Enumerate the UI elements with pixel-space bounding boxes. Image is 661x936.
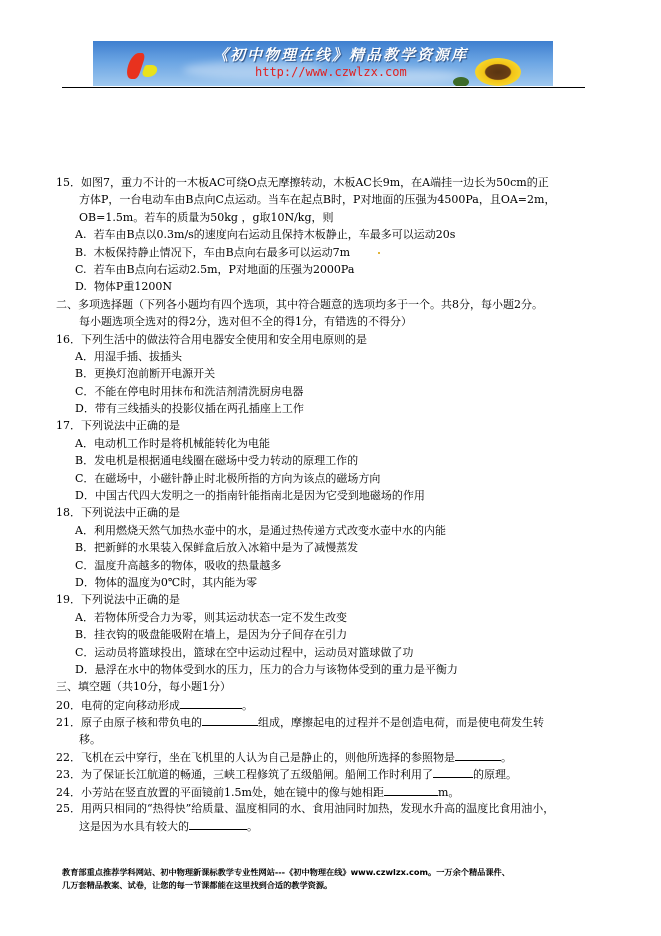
question-19: 19．下列说法中正确的是 A．若物体所受合力为零，则其运动状态一定不发生改变 B… xyxy=(63,591,623,678)
question-stem: 用两只相同的“热得快”给质量、温度相同的水、食用油同时加热，发现水升高的温度比食… xyxy=(81,802,554,815)
question-stem: 电荷的定向移动形成 xyxy=(81,699,180,712)
question-15: 15．如图7，重力不计的一木板AC可绕O点无摩擦转动，木板AC长9m，在A端挂一… xyxy=(63,174,623,296)
question-stem: 小芳站在竖直放置的平面镜前1.5m处，她在镜中的像与她相距 xyxy=(81,786,384,799)
question-stem-cont: 移。 xyxy=(79,733,101,746)
question-number: 21． xyxy=(56,716,81,729)
header-banner: 《初中物理在线》精品教学资源库 http://www.czwlzx.com xyxy=(93,41,553,86)
option-letter: D． xyxy=(75,489,95,502)
option-text: 不能在停电时用抹布和洗洁剂清洗厨房电器 xyxy=(94,385,303,398)
option-text: 把新鲜的水果装入保鲜盒后放入冰箱中是为了减慢蒸发 xyxy=(94,541,358,554)
option-letter: A. xyxy=(75,228,86,241)
option-a: A．用湿手插、拔插头 xyxy=(63,348,623,365)
answer-blank[interactable] xyxy=(433,765,473,778)
question-18: 18．下列说法中正确的是 A．利用燃烧天然气加热水壶中的水，是通过热传递方式改变… xyxy=(63,504,623,591)
option-text: 若车由B点向右运动2.5m，P对地面的压强为2000Pa xyxy=(94,263,355,276)
option-text: 带有三线插头的投影仪插在两孔插座上工作 xyxy=(95,402,304,415)
question-stem-end: 。 xyxy=(242,699,253,712)
question-number: 25． xyxy=(56,802,81,815)
section-3-header: 三、填空题（共10分，每小题1分） xyxy=(56,678,623,695)
section-title-cont: 每小题选项全选对的得2分，选对但不全的得1分，有错选的不得分） xyxy=(63,313,623,330)
question-stem: 为了保证长江航道的畅通，三峡工程修筑了五级船闸。船闸工作时利用了 xyxy=(81,768,433,781)
option-letter: B． xyxy=(75,454,94,467)
option-text: 悬浮在水中的物体受到水的压力，压力的合力与该物体受到的重力是平衡力 xyxy=(95,663,458,676)
option-text: 电动机工作时是将机械能转化为电能 xyxy=(94,437,270,450)
section-title: 二、多项选择题（下列各小题均有四个选项，其中符合题意的选项均多于一个。共8分，每… xyxy=(56,296,623,313)
question-stem-end: 。 xyxy=(247,820,258,833)
question-stem-cont: OB=1.5m。若车的质量为50kg ，g取10N/kg，则 xyxy=(79,211,334,224)
header-divider xyxy=(62,87,585,88)
option-letter: B． xyxy=(75,367,94,380)
question-number: 20． xyxy=(56,699,81,712)
question-stem: 下列说法中正确的是 xyxy=(81,419,180,432)
option-b: B．挂衣钩的吸盘能吸附在墙上，是因为分子间存在引力 xyxy=(63,626,623,643)
option-text: 中国古代四大发明之一的指南针能指南北是因为它受到地磁场的作用 xyxy=(95,489,425,502)
option-letter: D. xyxy=(75,280,87,293)
option-d: D．悬浮在水中的物体受到水的压力，压力的合力与该物体受到的重力是平衡力 xyxy=(63,661,623,678)
option-letter: C. xyxy=(75,263,87,276)
option-letter: A． xyxy=(75,524,94,537)
question-number: 19． xyxy=(56,593,81,606)
option-letter: A． xyxy=(75,350,94,363)
answer-blank[interactable] xyxy=(202,713,258,726)
footer-line-1: 教育部重点推荐学科网站、初中物理新课标教学专业性网站---《初中物理在线》www… xyxy=(62,866,622,879)
option-d: D. 物体P重1200N xyxy=(63,278,623,295)
option-d: D．中国古代四大发明之一的指南针能指南北是因为它受到地磁场的作用 xyxy=(63,487,623,504)
option-letter: A． xyxy=(75,437,94,450)
question-stem-end: 组成，摩擦起电的过程并不是创造电荷，而是使电荷发生转 xyxy=(258,716,544,729)
option-letter: C． xyxy=(75,559,94,572)
question-number: 18． xyxy=(56,506,81,519)
option-letter: D． xyxy=(75,402,95,415)
question-stem: 原子由原子核和带负电的 xyxy=(81,716,202,729)
option-letter: B． xyxy=(75,628,94,641)
option-c: C．在磁场中，小磁针静止时北极所指的方向为该点的磁场方向 xyxy=(63,470,623,487)
option-letter: C． xyxy=(75,646,94,659)
option-text: 若车由B点以0.3m/s的速度向右运动且保持木板静止，车最多可以运动20s xyxy=(93,228,455,241)
question-stem: 下列生活中的做法符合用电器安全使用和安全用电原则的是 xyxy=(81,333,367,346)
option-b: B．发电机是根据通电线圈在磁场中受力转动的原理工作的 xyxy=(63,452,623,469)
question-22: 22．飞机在云中穿行，坐在飞机里的人认为自己是静止的，则他所选择的参照物是。 xyxy=(56,748,623,765)
option-text: 用湿手插、拔插头 xyxy=(94,350,182,363)
option-text: 运动员将篮球投出，篮球在空中运动过程中，运动员对篮球做了功 xyxy=(94,646,413,659)
question-stem: 下列说法中正确的是 xyxy=(81,506,180,519)
option-b: B. 木板保持静止情况下，车由B点向右最多可以运动7m xyxy=(63,244,623,261)
question-16: 16．下列生活中的做法符合用电器安全使用和安全用电原则的是 A．用湿手插、拔插头… xyxy=(63,331,623,418)
question-number: 22． xyxy=(56,751,81,764)
question-number: 24． xyxy=(56,786,81,799)
question-24: 24．小芳站在竖直放置的平面镜前1.5m处，她在镜中的像与她相距m。 xyxy=(56,783,623,800)
question-stem-end: m。 xyxy=(438,786,459,799)
option-d: D．物体的温度为0℃时，其内能为零 xyxy=(63,574,623,591)
option-c: C. 若车由B点向右运动2.5m，P对地面的压强为2000Pa xyxy=(63,261,623,278)
answer-blank[interactable] xyxy=(180,696,242,709)
section-2-header: 二、多项选择题（下列各小题均有四个选项，其中符合题意的选项均多于一个。共8分，每… xyxy=(63,296,623,331)
question-23: 23．为了保证长江航道的畅通，三峡工程修筑了五级船闸。船闸工作时利用了的原理。 xyxy=(56,765,623,782)
question-stem-end: 。 xyxy=(501,751,512,764)
option-text: 更换灯泡前断开电源开关 xyxy=(94,367,215,380)
question-number: 17． xyxy=(56,419,81,432)
question-25: 25．用两只相同的“热得快”给质量、温度相同的水、食用油同时加热，发现水升高的温… xyxy=(63,800,623,835)
option-letter: A． xyxy=(75,611,94,624)
option-b: B．更换灯泡前断开电源开关 xyxy=(63,365,623,382)
question-stem: 飞机在云中穿行，坐在飞机里的人认为自己是静止的，则他所选择的参照物是 xyxy=(81,751,455,764)
option-text: 在磁场中，小磁针静止时北极所指的方向为该点的磁场方向 xyxy=(94,472,380,485)
option-letter: B. xyxy=(75,246,87,259)
option-text: 木板保持静止情况下，车由B点向右最多可以运动7m xyxy=(94,246,351,259)
answer-blank[interactable] xyxy=(189,817,247,830)
question-number: 15． xyxy=(56,174,81,191)
answer-blank[interactable] xyxy=(455,748,501,761)
banner-title: 《初中物理在线》精品教学资源库 xyxy=(213,44,468,65)
sunflower-icon xyxy=(475,58,521,86)
question-stem: 如图7，重力不计的一木板AC可绕O点无摩擦转动，木板AC长9m，在A端挂一边长为… xyxy=(81,176,549,189)
question-17: 17．下列说法中正确的是 A．电动机工作时是将机械能转化为电能 B．发电机是根据… xyxy=(63,417,623,504)
option-letter: B． xyxy=(75,541,94,554)
question-21: 21．原子由原子核和带负电的组成，摩擦起电的过程并不是创造电荷，而是使电荷发生转… xyxy=(63,713,623,748)
option-text: 利用燃烧天然气加热水壶中的水，是通过热传递方式改变水壶中水的内能 xyxy=(94,524,446,537)
question-stem-cont: 方体P，一台电动车由B点向C点运动。当车在起点B时，P对地面的压强为4500Pa… xyxy=(79,193,555,206)
option-c: C．温度升高越多的物体，吸收的热量越多 xyxy=(63,557,623,574)
option-letter: C． xyxy=(75,472,94,485)
leaf-decoration xyxy=(453,77,469,86)
answer-blank[interactable] xyxy=(384,783,438,796)
footer-line-2: 几万套精品教案、试卷，让您的每一节课都能在这里找到合适的教学资源。 xyxy=(62,879,622,892)
question-number: 23． xyxy=(56,768,81,781)
option-letter: C． xyxy=(75,385,94,398)
option-c: C．不能在停电时用抹布和洗洁剂清洗厨房电器 xyxy=(63,383,623,400)
option-a: A．若物体所受合力为零，则其运动状态一定不发生改变 xyxy=(63,609,623,626)
option-text: 挂衣钩的吸盘能吸附在墙上，是因为分子间存在引力 xyxy=(94,628,347,641)
option-text: 温度升高越多的物体，吸收的热量越多 xyxy=(94,559,281,572)
question-number: 16． xyxy=(56,333,81,346)
option-text: 若物体所受合力为零，则其运动状态一定不发生改变 xyxy=(94,611,347,624)
option-a: A．利用燃烧天然气加热水壶中的水，是通过热传递方式改变水壶中水的内能 xyxy=(63,522,623,539)
option-text: 物体P重1200N xyxy=(94,280,172,293)
logo-icon-accent xyxy=(141,65,159,77)
stray-dot xyxy=(378,252,380,254)
option-text: 物体的温度为0℃时，其内能为零 xyxy=(95,576,257,589)
option-b: B．把新鲜的水果装入保鲜盒后放入冰箱中是为了减慢蒸发 xyxy=(63,539,623,556)
option-letter: D． xyxy=(75,663,95,676)
question-20: 20．电荷的定向移动形成。 xyxy=(56,696,623,713)
exam-content: 15．如图7，重力不计的一木板AC可绕O点无摩擦转动，木板AC长9m，在A端挂一… xyxy=(63,174,623,835)
question-stem-cont: 这是因为水具有较大的 xyxy=(79,820,189,833)
option-a: A. 若车由B点以0.3m/s的速度向右运动且保持木板静止，车最多可以运动20s xyxy=(63,226,623,243)
question-stem-end: 的原理。 xyxy=(473,768,517,781)
option-letter: D． xyxy=(75,576,95,589)
option-d: D．带有三线插头的投影仪插在两孔插座上工作 xyxy=(63,400,623,417)
option-text: 发电机是根据通电线圈在磁场中受力转动的原理工作的 xyxy=(94,454,358,467)
option-c: C．运动员将篮球投出，篮球在空中运动过程中，运动员对篮球做了功 xyxy=(63,644,623,661)
option-a: A．电动机工作时是将机械能转化为电能 xyxy=(63,435,623,452)
page-footer: 教育部重点推荐学科网站、初中物理新课标教学专业性网站---《初中物理在线》www… xyxy=(62,866,622,892)
question-stem: 下列说法中正确的是 xyxy=(81,593,180,606)
banner-url[interactable]: http://www.czwlzx.com xyxy=(255,65,407,79)
